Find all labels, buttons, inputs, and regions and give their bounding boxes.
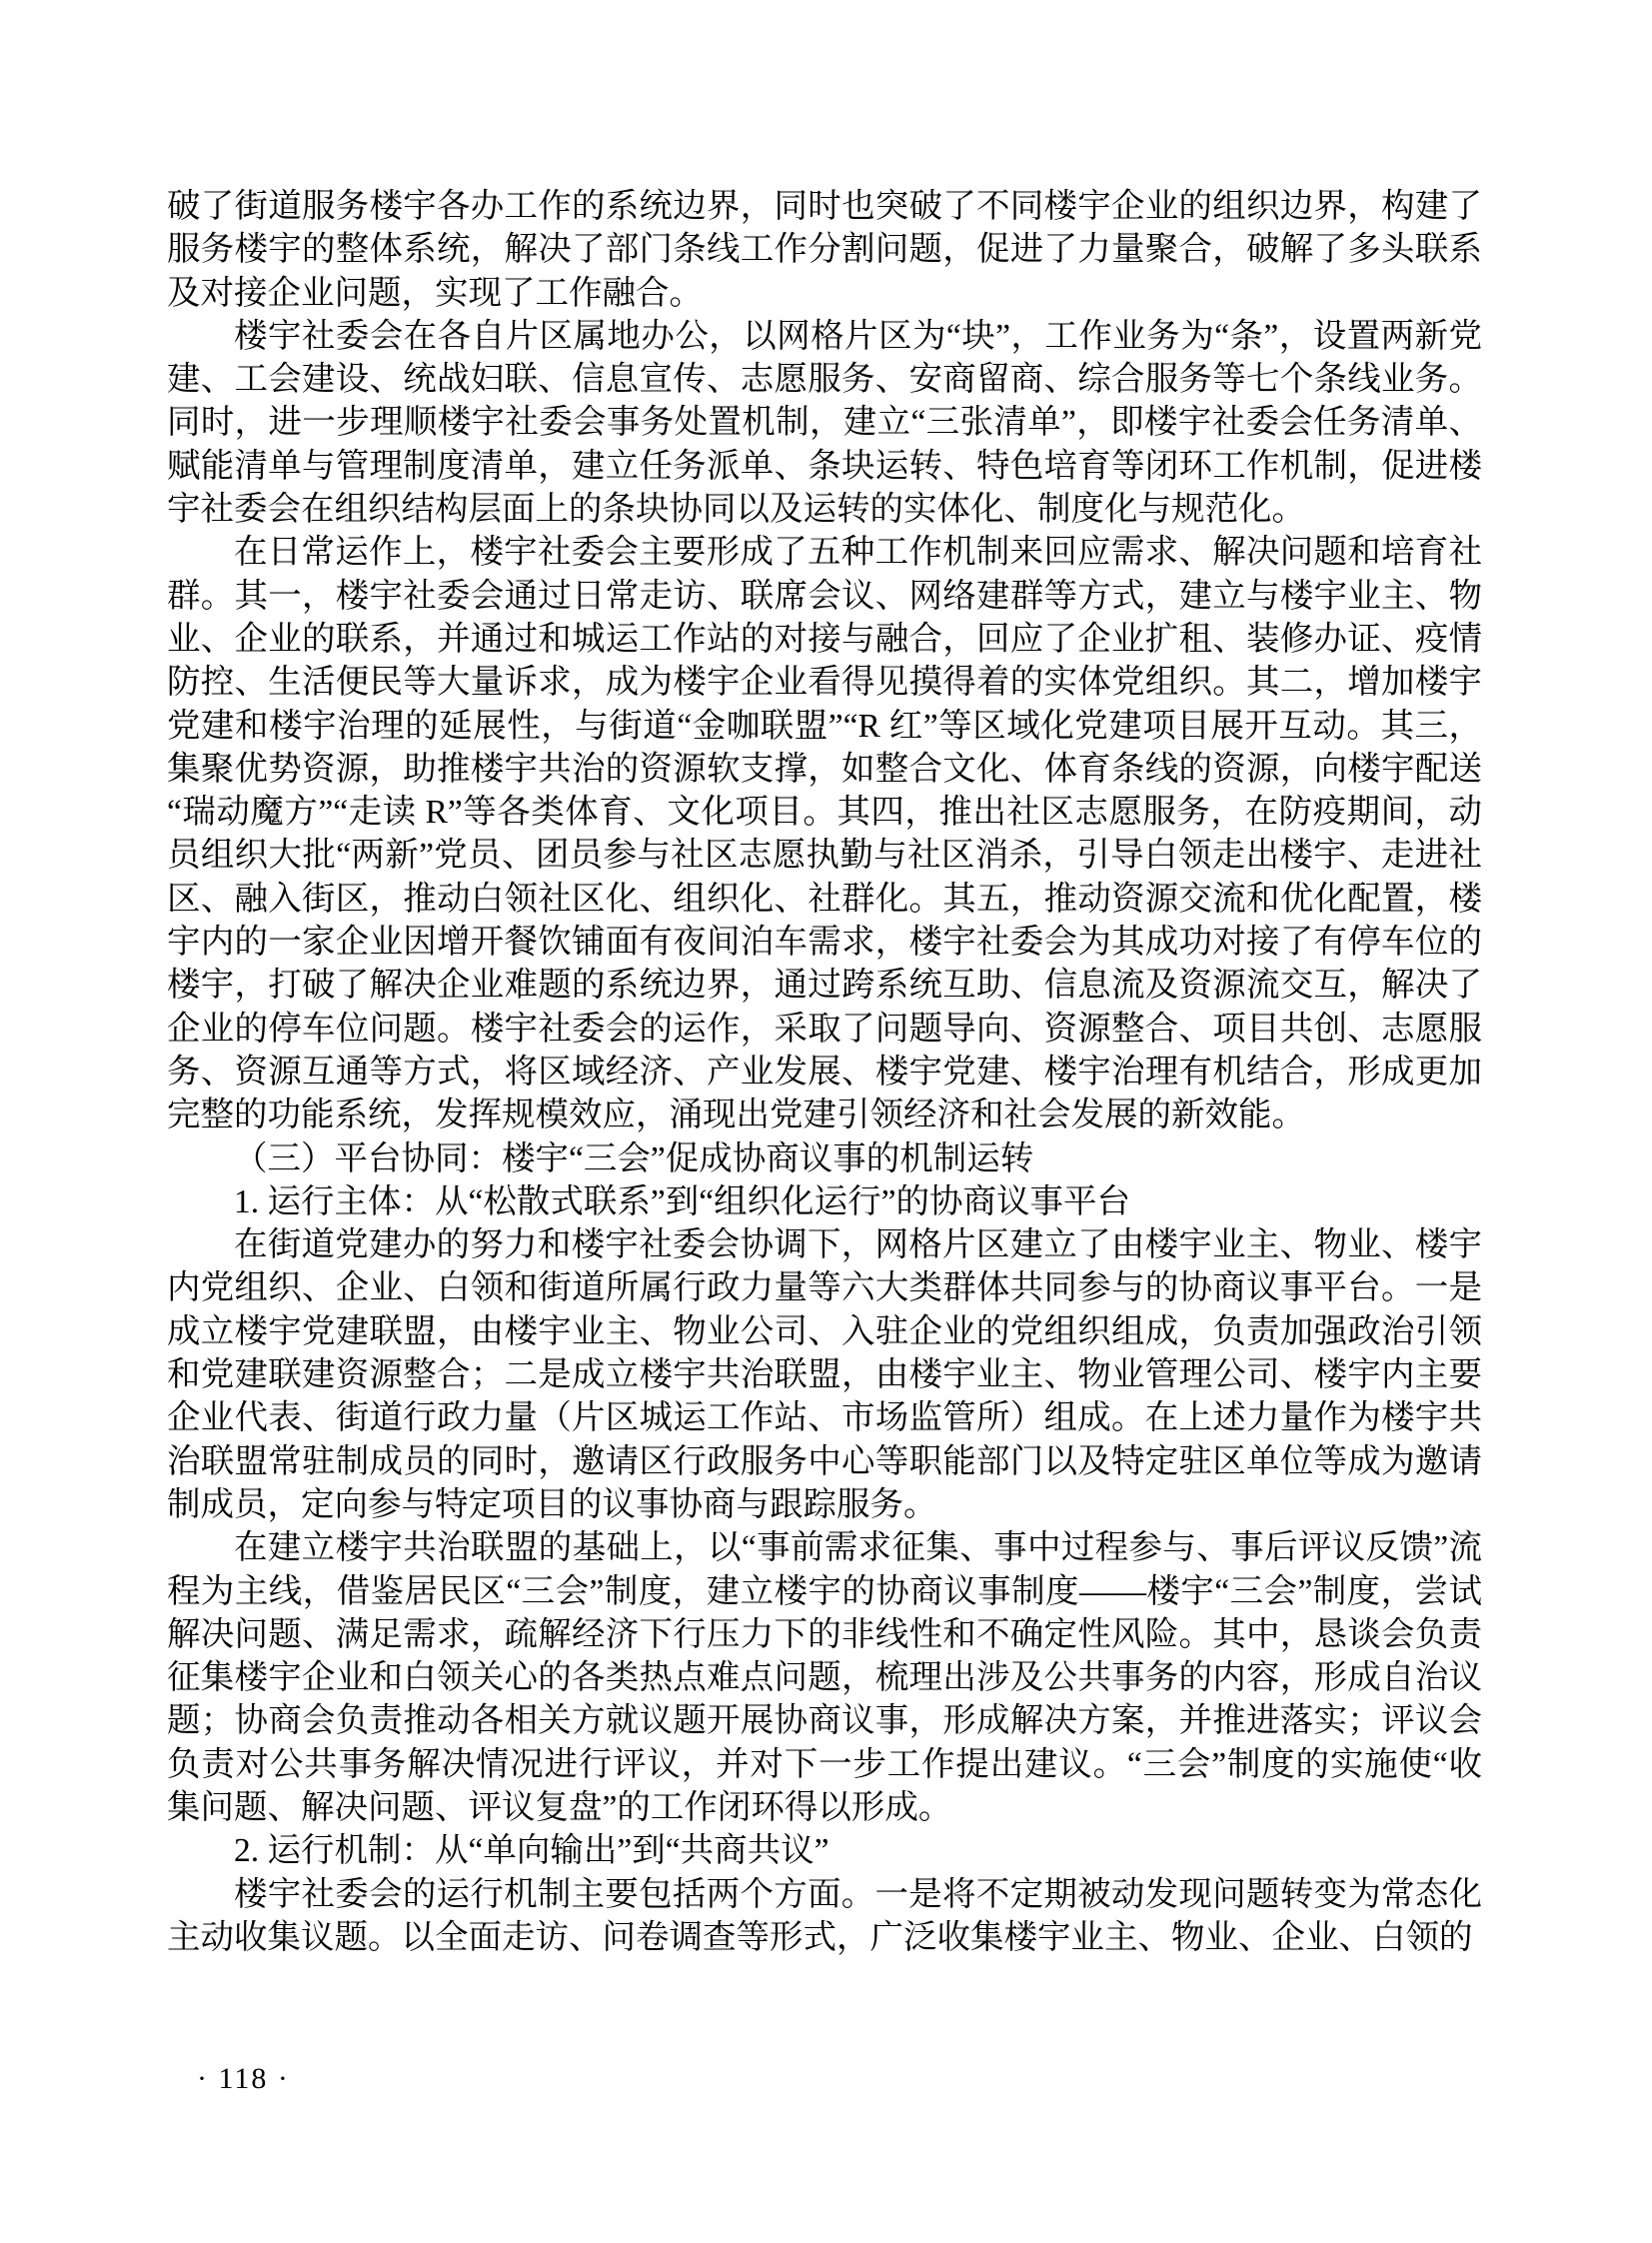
subsection-heading: 2. 运行机制：从“单向输出”到“共商共议” [167,1829,1482,1872]
subsection-heading: 1. 运行主体：从“松散式联系”到“组织化运行”的协商议事平台 [167,1180,1482,1223]
section-heading: （三）平台协同：楼宇“三会”促成协商议事的机制运转 [167,1137,1482,1180]
paragraph: 在建立楼宇共治联盟的基础上，以“事前需求征集、事中过程参与、事后评议反馈”流程为… [167,1526,1482,1829]
page-number: · 118 · [197,2062,290,2095]
paragraph-continued: 破了街道服务楼宇各办工作的系统边界，同时也突破了不同楼宇企业的组织边界，构建了服… [167,185,1482,315]
paragraph: 在街道党建办的努力和楼宇社委会协调下，网格片区建立了由楼宇业主、物业、楼宇内党组… [167,1223,1482,1526]
paragraph: 在日常运作上，楼宇社委会主要形成了五种工作机制来回应需求、解决问题和培育社群。其… [167,531,1482,1136]
page-footer: · 118 · [197,2059,290,2099]
paragraph-incomplete: 楼宇社委会的运行机制主要包括两个方面。一是将不定期被动发现问题转变为常态化主动收… [167,1873,1482,1960]
page-body-text: 破了街道服务楼宇各办工作的系统边界，同时也突破了不同楼宇企业的组织边界，构建了服… [167,185,1482,1959]
book-page: 破了街道服务楼宇各办工作的系统边界，同时也突破了不同楼宇企业的组织边界，构建了服… [0,0,1652,2243]
paragraph: 楼宇社委会在各自片区属地办公，以网格片区为“块”，工作业务为“条”，设置两新党建… [167,315,1482,531]
